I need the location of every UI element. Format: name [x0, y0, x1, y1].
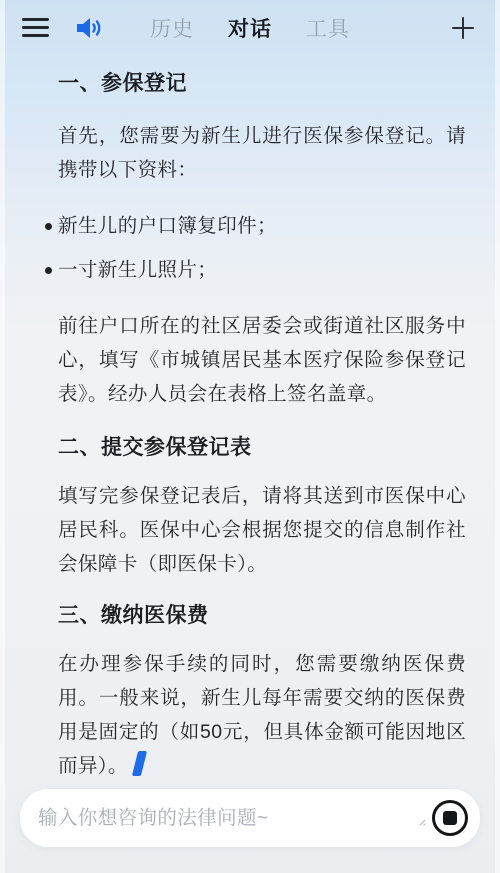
paragraph: 前往户口所在的社区居委会或街道社区服务中心，填写《市城镇居民基本医疗保险参保登记…: [58, 309, 466, 411]
message-input[interactable]: [38, 807, 422, 830]
composer-area: [0, 789, 500, 873]
list-item: 新生儿的户口簿复印件；: [45, 209, 466, 243]
list-item: 一寸新生儿照片；: [45, 253, 466, 287]
paragraph: 在办理参保手续的同时，您需要缴纳医保费用。一般来说，新生儿每年需要交纳的医保费用…: [58, 647, 466, 783]
typing-cursor-icon: [132, 751, 147, 776]
bullet-dot-icon: [45, 267, 52, 274]
right-edge-highlight: [495, 0, 500, 873]
section-heading-2: 二、提交参保登记表: [58, 433, 466, 463]
list-item-text: 新生儿的户口簿复印件；: [58, 209, 277, 243]
tab-dialogue[interactable]: 对话: [228, 13, 272, 43]
paragraph-text: 在办理参保手续的同时，您需要缴纳医保费用。一般来说，新生儿每年需要交纳的医保费用…: [58, 653, 466, 777]
list-item-text: 一寸新生儿照片；: [58, 253, 217, 287]
message-input-bar[interactable]: [20, 789, 480, 847]
tab-tools[interactable]: 工具: [306, 13, 350, 43]
speaker-icon[interactable]: [73, 13, 105, 43]
hamburger-menu-icon[interactable]: [22, 18, 49, 37]
assistant-message: 一、参保登记 首先，您需要为新生儿进行医保参保登记。请携带以下资料： 新生儿的户…: [0, 55, 500, 783]
stop-square-icon: [443, 811, 457, 825]
chat-app-window: 历史 对话 工具 一、参保登记 首先，您需要为新生儿进行医保参保登记。请携带以下…: [0, 0, 500, 873]
section-heading-3: 三、缴纳医保费: [58, 601, 466, 631]
stop-generating-button[interactable]: [432, 800, 468, 836]
bullet-list: 新生儿的户口簿复印件； 一寸新生儿照片；: [45, 209, 466, 287]
left-edge-highlight: [0, 0, 5, 873]
tab-history[interactable]: 历史: [150, 13, 194, 43]
plus-icon[interactable]: [448, 13, 478, 43]
section-heading-1: 一、参保登记: [58, 69, 466, 99]
paragraph: 首先，您需要为新生儿进行医保参保登记。请携带以下资料：: [58, 119, 466, 187]
resize-grip-icon: [416, 813, 426, 831]
bullet-dot-icon: [45, 223, 52, 230]
paragraph: 填写完参保登记表后，请将其送到市医保中心居民科。医保中心会根据您提交的信息制作社…: [58, 479, 466, 581]
top-bar: 历史 对话 工具: [0, 0, 500, 55]
